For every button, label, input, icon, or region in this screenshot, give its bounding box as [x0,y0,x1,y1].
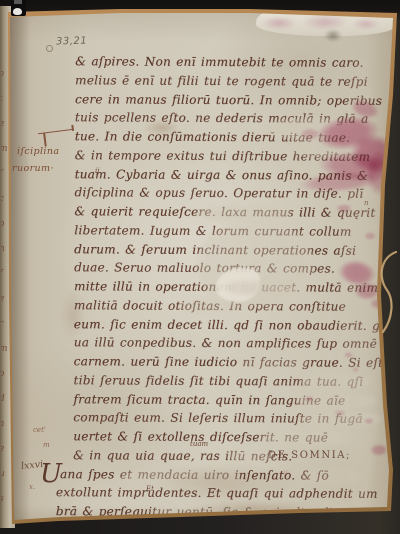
marginal-mark: cet' [33,426,46,434]
faded-area [228,449,272,463]
chapter-initial: U [40,459,62,489]
pencil-ring-mark [46,45,53,52]
book-clip [11,0,26,16]
manuscript-line: & aſpires. Non enī immutebit te omnis ca… [75,52,379,72]
interlinear-gloss: ij [95,167,99,175]
faded-area [180,299,240,314]
faded-area [240,355,310,370]
marginal-mark: x. [29,483,35,491]
marginal-chapter-number: lxxvi [20,459,43,472]
pink-stain [366,150,392,196]
marginal-note-line: ruorum· [12,163,54,174]
faded-area [196,205,292,222]
faded-area [260,430,350,446]
marginal-flourish [38,129,74,134]
rubric-heading: DE SOMNIA; [268,450,351,461]
marginal-mark: m [43,441,50,449]
manuscript-line: carnem. uerū ſine iudicio nī facias grau… [74,352,378,372]
dark-smudge [324,29,342,42]
manuscript-photo: ɔtemſconfermodaeus 33,21 iſciplina ruoru… [0,0,400,534]
interlinear-gloss: tuam [190,440,208,448]
manuscript-line: ua illū conpedibus. & non amplifices ſup… [74,333,378,353]
faded-area [226,280,296,296]
pencil-foliation: 33,21 [56,35,88,47]
page-holder-hook [374,244,400,348]
manuscript-line: eum. ſic enim decet illi. qd ſi non obau… [74,315,378,335]
manuscript-line: melius ē enī ut filii tui te rogent quā … [75,71,379,91]
pink-stain [370,444,388,456]
marginal-note-line: iſciplina [17,146,59,157]
parchment-page: 33,21 iſciplina ruorum· & aſpires. Non e… [0,0,400,534]
manuscript-line: cere in manus filiorū tuorū. In omnib; o… [75,90,379,110]
